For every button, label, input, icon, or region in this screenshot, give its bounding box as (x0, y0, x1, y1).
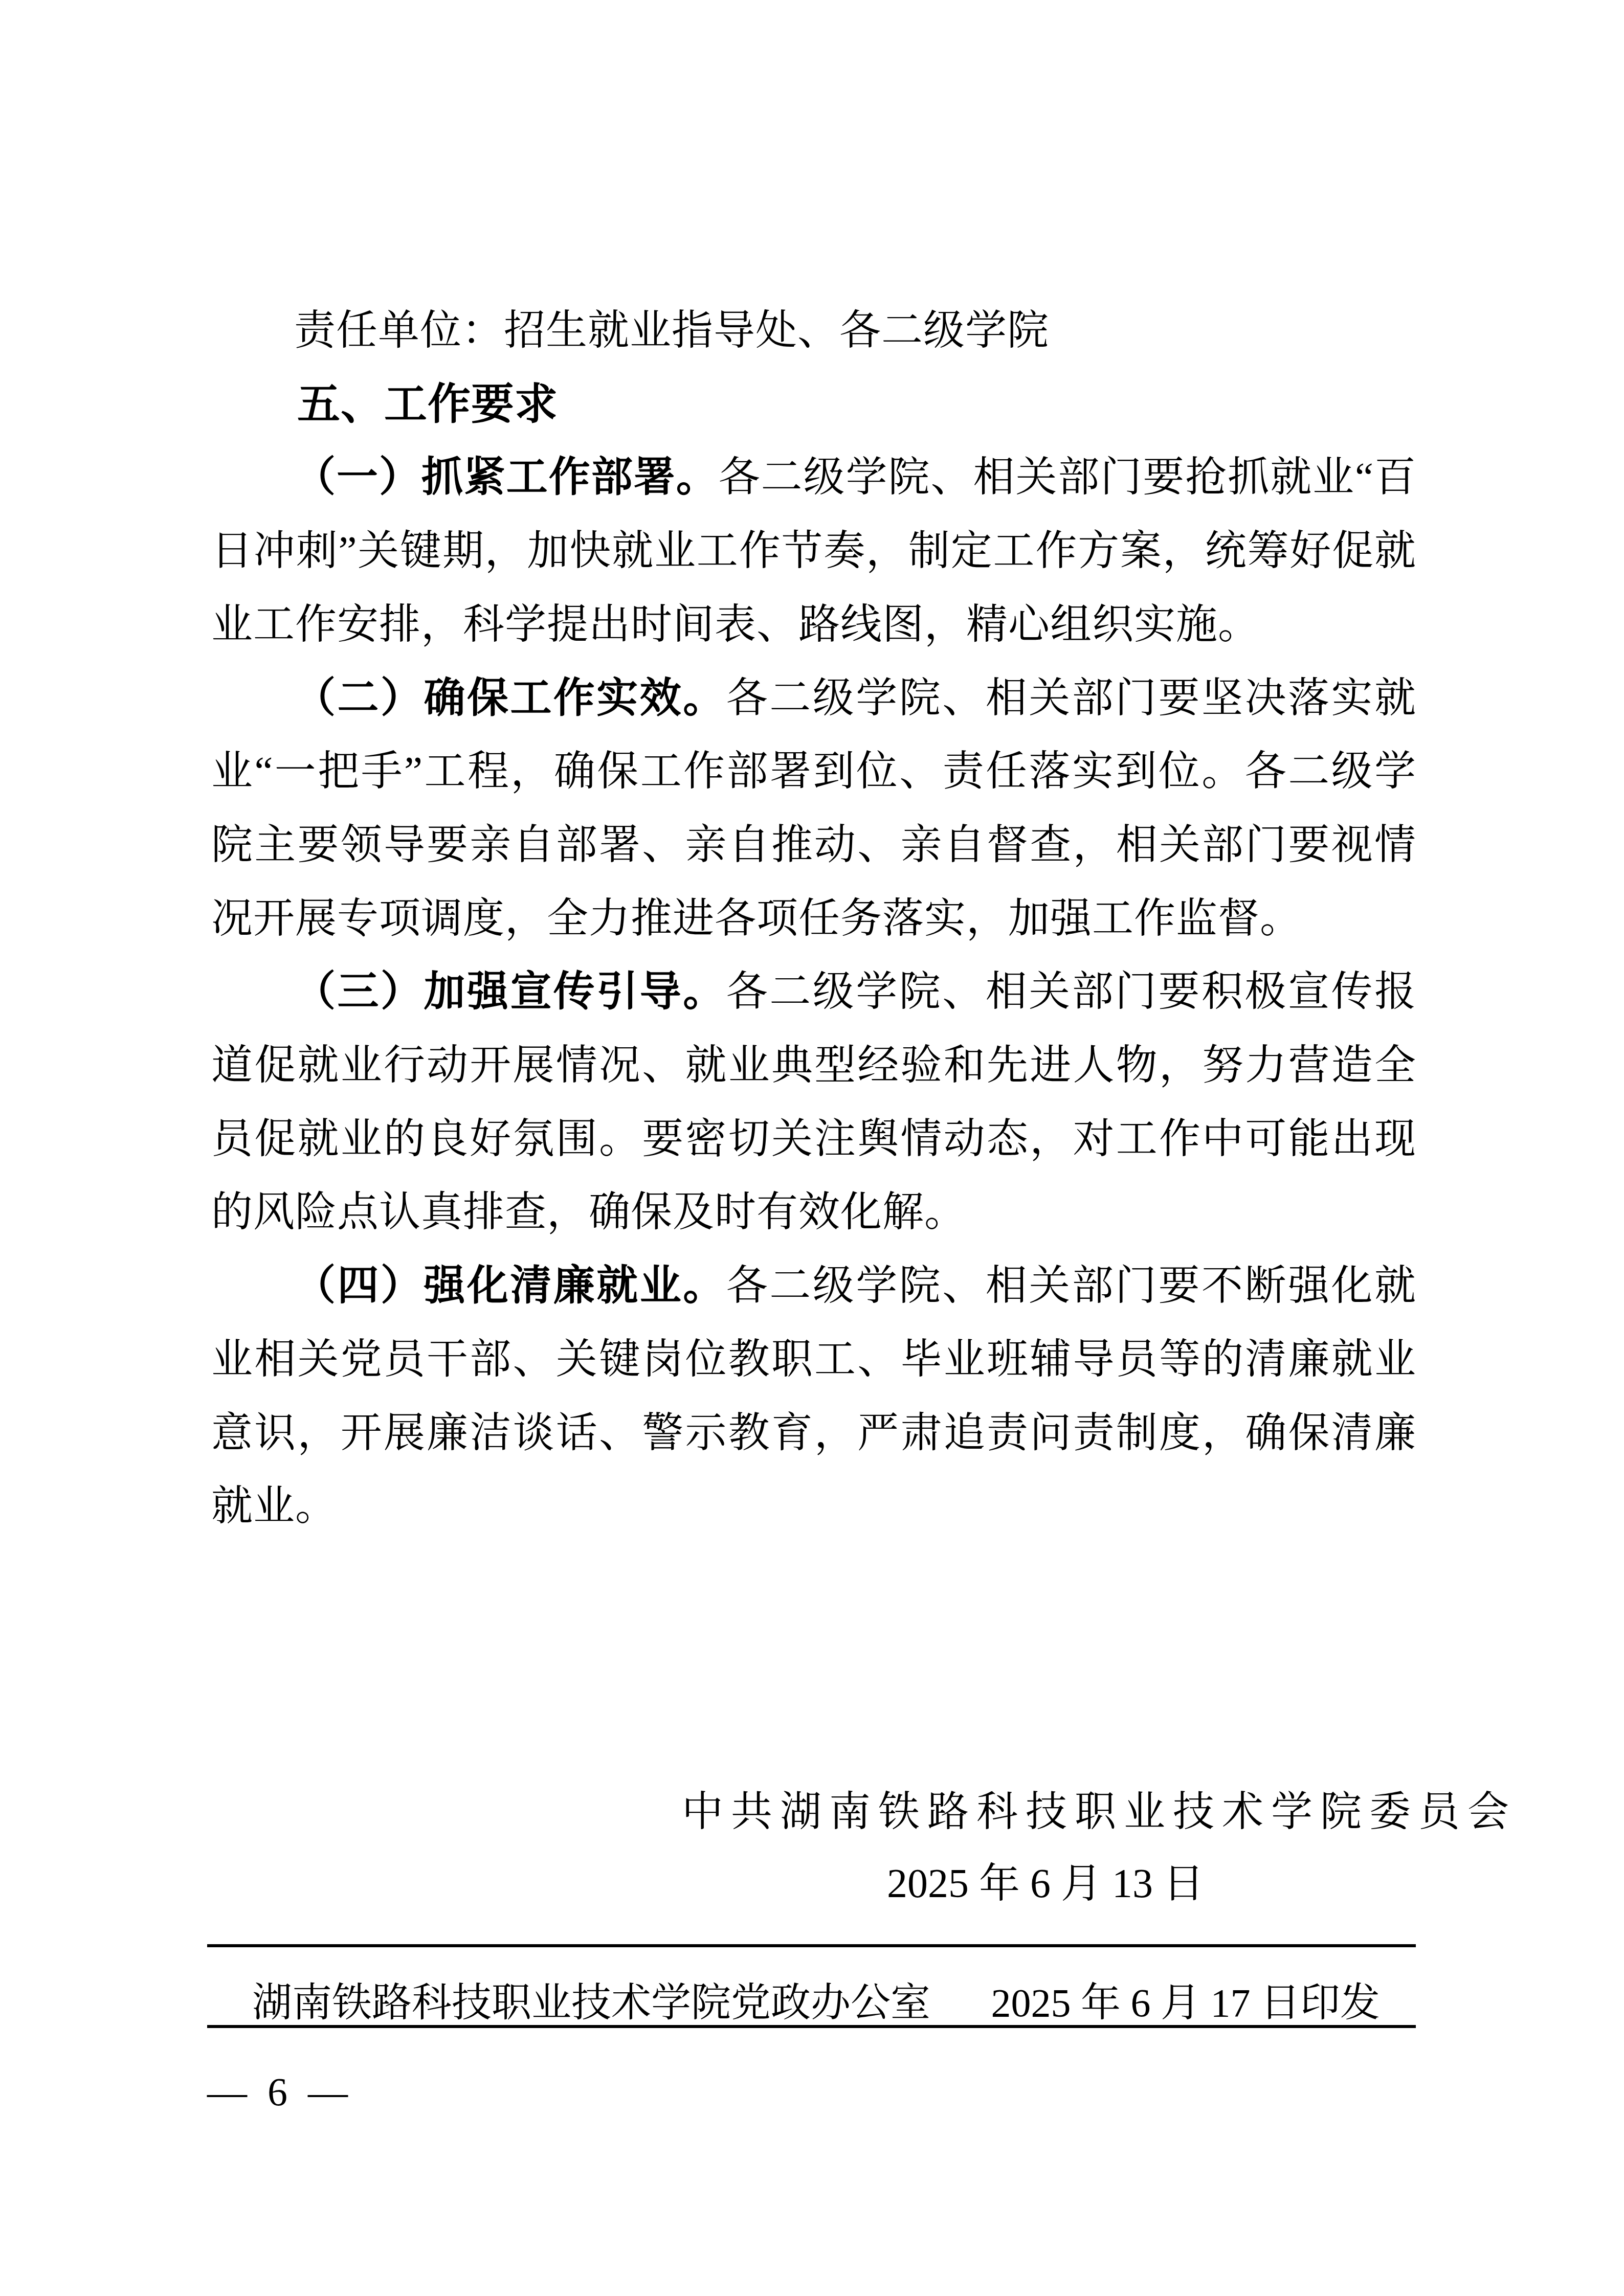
footer-print-date: 2025 年 6 月 17 日印发 (991, 1971, 1380, 2028)
paragraph-3-lead: （三）加强宣传引导。 (294, 969, 726, 1015)
document-body: 责任单位：招生就业指导处、各二级学院 五、工作要求 （一）抓紧工作部署。各二级学… (211, 294, 1416, 1543)
page-number-dash-right: — (308, 2069, 348, 2115)
paragraph-2: （二）确保工作实效。各二级学院、相关部门要坚决落实就业“一把手”工程，确保工作部… (211, 662, 1416, 956)
paragraph-1: （一）抓紧工作部署。各二级学院、相关部门要抢抓就业“百日冲刺”关键期，加快就业工… (211, 441, 1416, 661)
paragraph-4-lead: （四）强化清廉就业。 (294, 1263, 726, 1309)
page-number: — 6 — (207, 2069, 348, 2115)
page-number-dash-left: — (207, 2069, 247, 2115)
responsibility-line: 责任单位：招生就业指导处、各二级学院 (211, 294, 1416, 368)
page-number-value: 6 (268, 2069, 287, 2115)
footer-rule-top (207, 1944, 1416, 1947)
section-heading: 五、工作要求 (211, 368, 1416, 441)
document-page: 责任单位：招生就业指导处、各二级学院 五、工作要求 （一）抓紧工作部署。各二级学… (0, 0, 1624, 2296)
paragraph-4: （四）强化清廉就业。各二级学院、相关部门要不断强化就业相关党员干部、关键岗位教职… (211, 1249, 1416, 1543)
footer: 湖南铁路科技职业技术学院党政办公室 2025 年 6 月 17 日印发 (207, 1975, 1416, 2024)
footer-rule-bottom (207, 2025, 1416, 2028)
paragraph-3: （三）加强宣传引导。各二级学院、相关部门要积极宣传报道促就业行动开展情况、就业典… (211, 955, 1416, 1249)
paragraph-1-lead: （一）抓紧工作部署。 (294, 454, 719, 500)
paragraph-2-lead: （二）确保工作实效。 (294, 675, 726, 721)
signature-organization: 中共湖南铁路科技职业技术学院委员会 (682, 1779, 1517, 1838)
signature-date: 2025 年 6 月 13 日 (887, 1850, 1204, 1909)
footer-issuer: 湖南铁路科技职业技术学院党政办公室 (252, 1971, 930, 2028)
